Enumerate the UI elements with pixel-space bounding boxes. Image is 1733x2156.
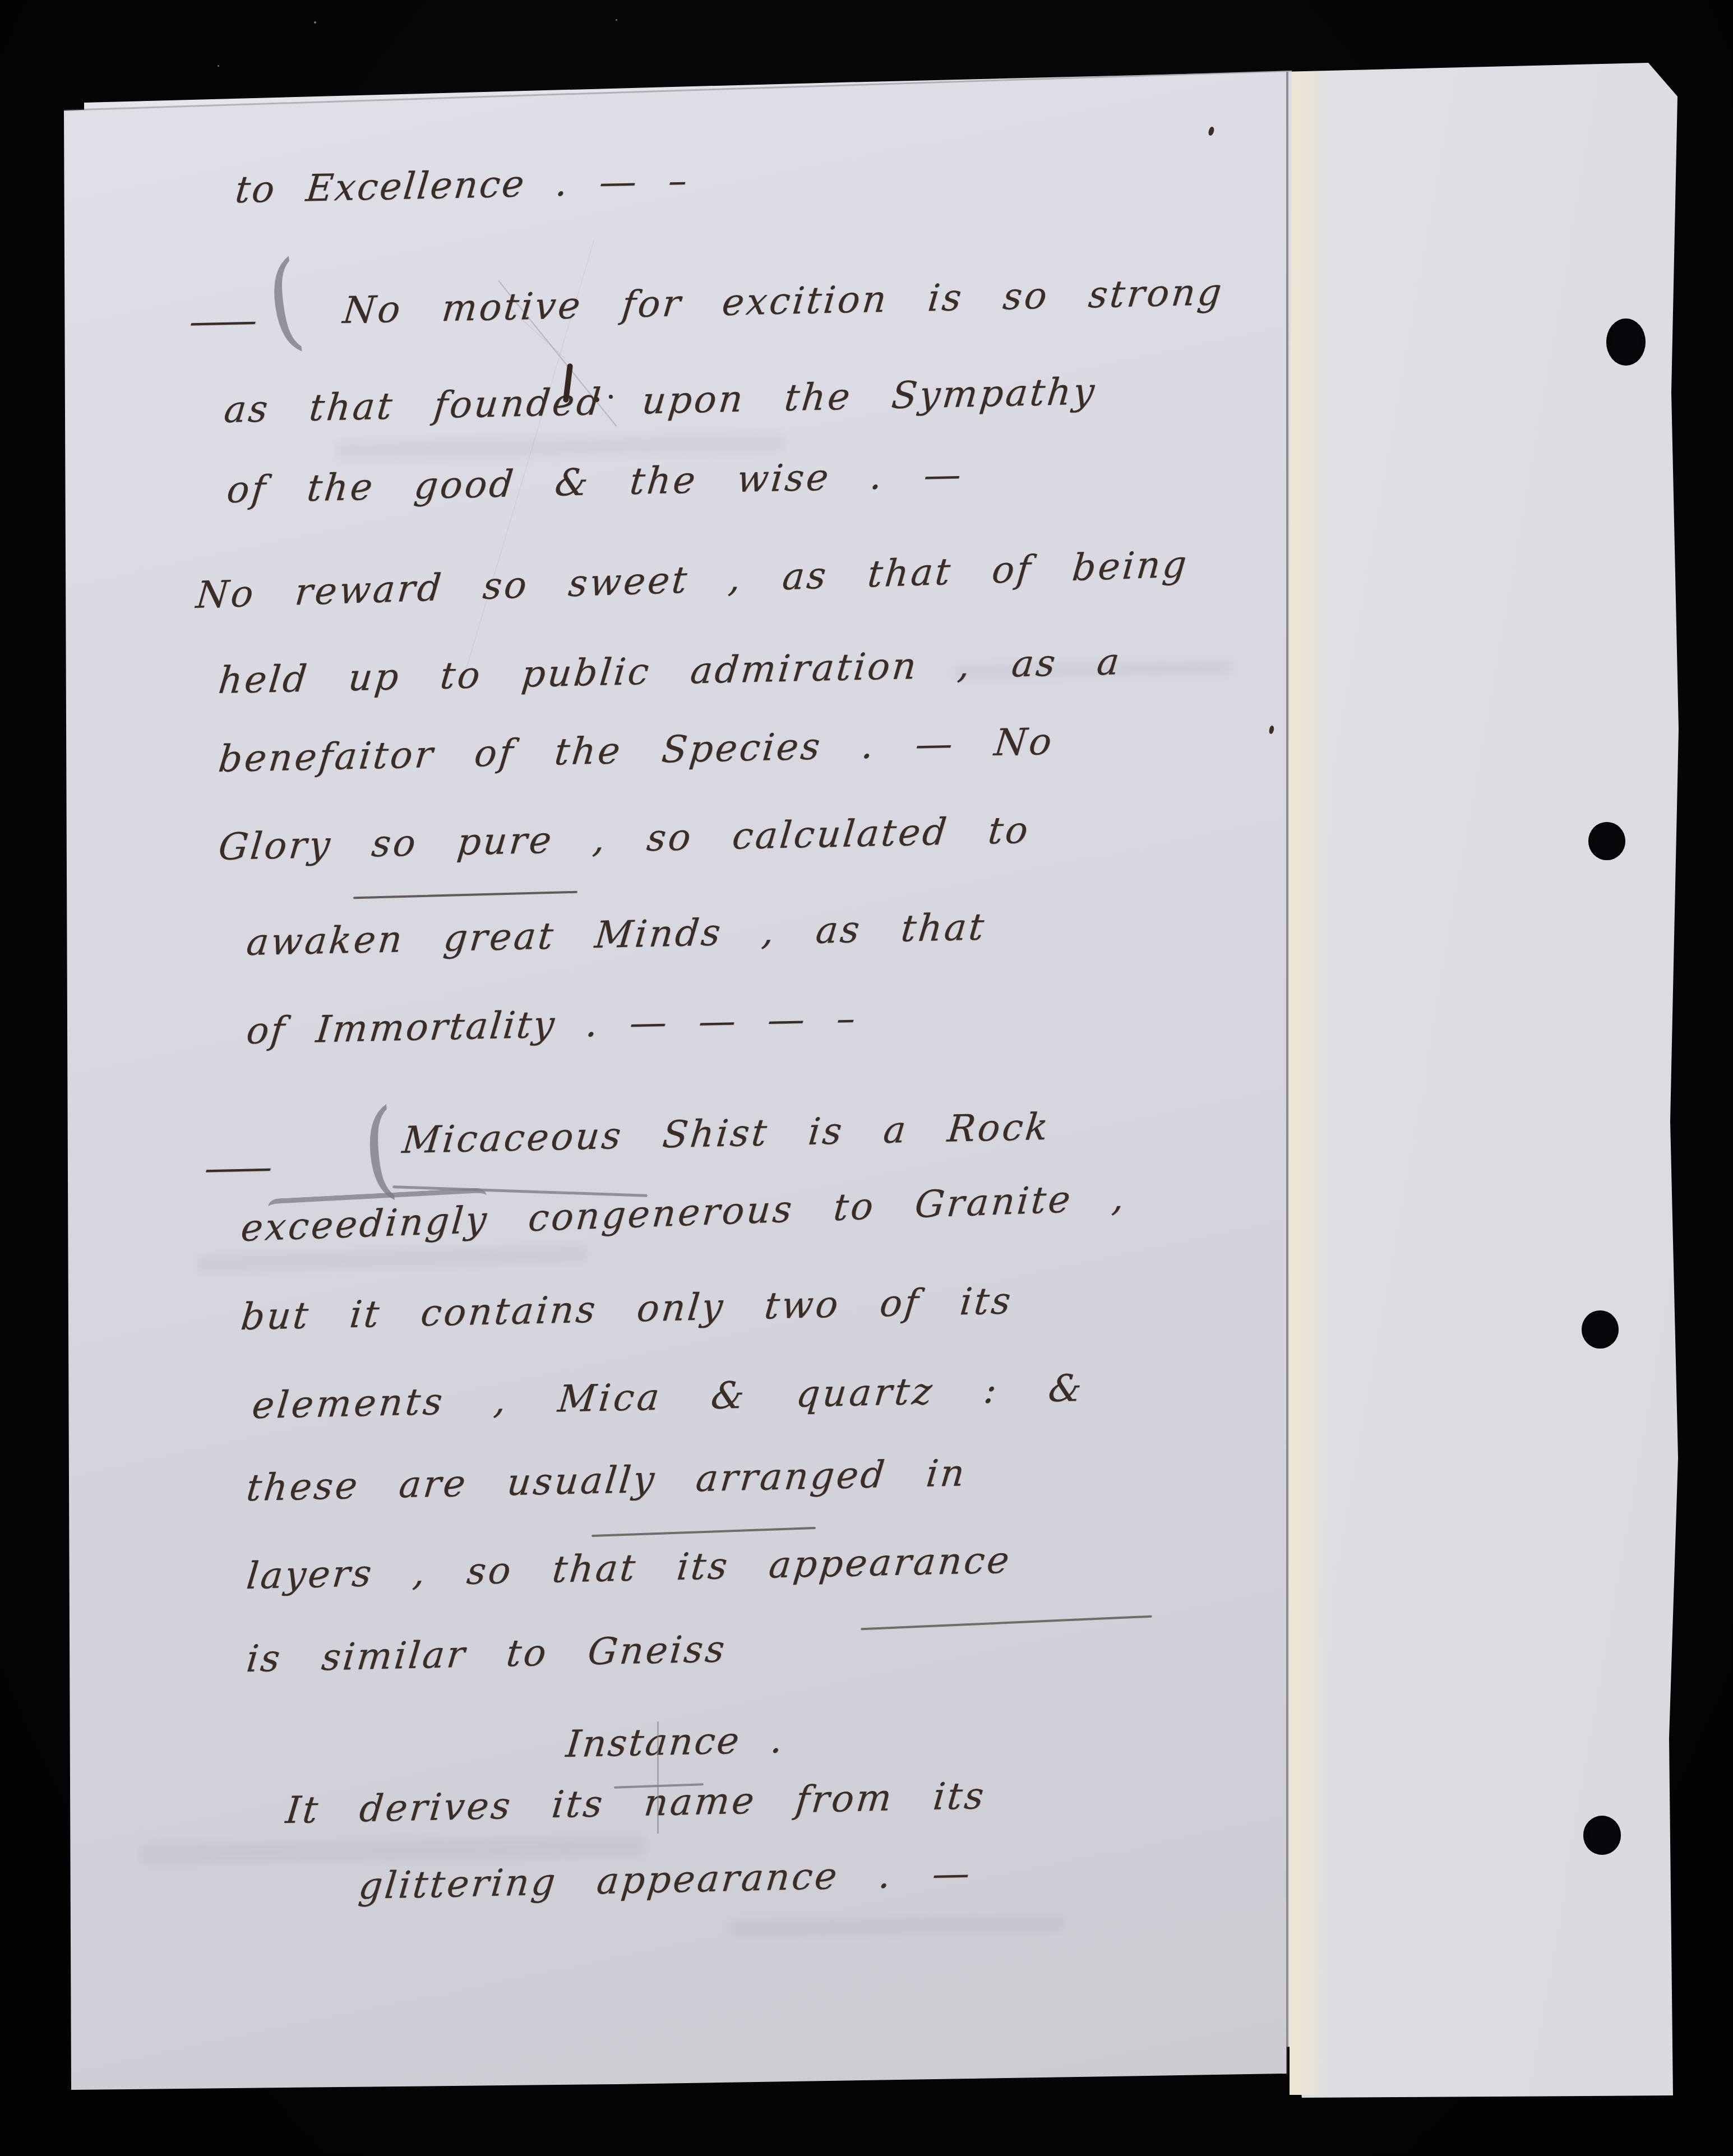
handwriting-dash: —: [187, 298, 262, 343]
page-right-edge-shadow: [1286, 72, 1288, 2075]
punch-hole: [1582, 1310, 1619, 1349]
under-sheet-lit-edge: [1290, 72, 1329, 2095]
dust-speck: [616, 19, 617, 21]
punch-hole: [1606, 318, 1646, 366]
manuscript-scan: to Excellence . — – — No motive for exci…: [0, 0, 1733, 2156]
dust-speck: [314, 21, 316, 24]
punch-hole: [1583, 1816, 1621, 1855]
pencil-vertical-mark: [657, 1721, 659, 1834]
punch-hole: [1588, 822, 1625, 860]
handwriting-line: Instance .: [564, 1718, 787, 1766]
handwriting-dash: —: [202, 1145, 277, 1190]
dust-speck: [218, 65, 219, 67]
